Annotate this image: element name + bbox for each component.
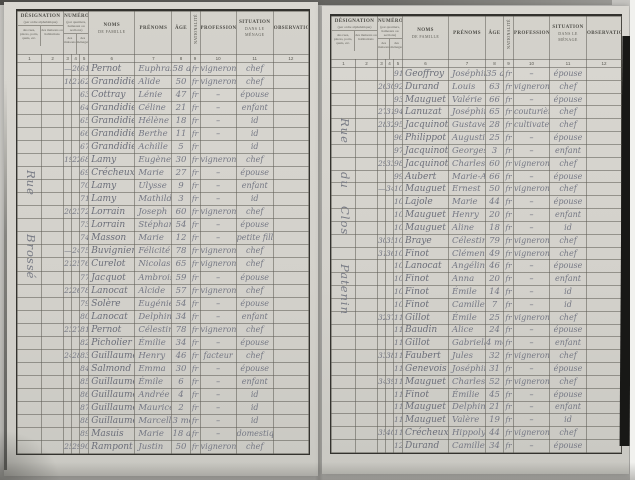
cell-menage — [386, 93, 394, 106]
cell-situation: id — [236, 141, 273, 154]
cell-menage — [386, 324, 394, 337]
cell-observations — [587, 388, 622, 401]
cell-individu: 87 — [80, 401, 89, 414]
cell-age: 34 — [172, 336, 190, 349]
table-row: 273194LanuzatJoséphine65frcouturièrechef — [332, 106, 622, 119]
cell-prenom: Mathilde — [135, 193, 172, 206]
cell-menage — [386, 298, 394, 311]
cell-menage — [72, 219, 80, 232]
cell-age: 66 — [486, 93, 504, 106]
cell-profession: vigneronne — [200, 63, 236, 76]
cell-observations — [273, 284, 308, 297]
cell-prenom: Louis — [449, 80, 486, 93]
cell-profession: – — [514, 196, 550, 209]
cell-age: 24 — [486, 324, 504, 337]
table-row: 101LajoleMarie44fr–épouse — [332, 196, 622, 209]
cell-situation: chef — [550, 234, 587, 247]
cell-street-margin — [332, 144, 356, 157]
cell-individu: 98 — [394, 157, 403, 170]
cell-menage: 23 — [72, 206, 80, 219]
cell-prenom: Berthe — [135, 128, 172, 141]
header-nationalite: NATIONALITÉ — [190, 12, 200, 55]
cell-nom: Finot — [403, 388, 449, 401]
cell-nom: Lamy — [89, 193, 135, 206]
cell-prenom: Georges — [449, 144, 486, 157]
cell-age: 28 — [486, 119, 504, 132]
cell-situation: id — [236, 388, 273, 401]
cell-individu: 92 — [394, 80, 403, 93]
cell-street-margin — [42, 115, 64, 128]
cell-situation: enfant — [550, 144, 587, 157]
table-row: 3338113FaubertJules32frvigneronchef — [332, 350, 622, 363]
cell-street-margin — [332, 324, 356, 337]
cell-nom: Lamy — [89, 180, 135, 193]
cell-street-margin — [42, 193, 64, 206]
cell-profession: – — [514, 414, 550, 427]
cell-nom: Geoffroy — [403, 68, 449, 81]
cell-situation: chef — [550, 375, 587, 388]
table-row: 109FinotCamille7fr–id — [332, 298, 622, 311]
cell-menage — [72, 232, 80, 245]
cell-street-margin — [18, 401, 42, 414]
scan-margin-right — [630, 0, 635, 480]
census-table: DÉSIGNATION (par ordre alphabétique) des… — [331, 16, 622, 453]
cell-situation: id — [236, 128, 273, 141]
street-name-label: du — [338, 172, 352, 189]
cell-nat: fr — [190, 414, 200, 427]
cell-street-margin — [356, 157, 378, 170]
cell-nom: Gillot — [403, 337, 449, 350]
cell-situation: épouse — [236, 336, 273, 349]
cell-profession: – — [200, 310, 236, 323]
cell-maison — [378, 221, 386, 234]
cell-situation: chef — [236, 440, 273, 453]
cell-age: 25 — [486, 132, 504, 145]
cell-prenom: Émile — [449, 311, 486, 324]
cell-nom: Mauguet — [403, 375, 449, 388]
cell-maison: 29 — [378, 157, 386, 170]
cell-nat: fr — [504, 337, 514, 350]
cell-nom: Finot — [403, 273, 449, 286]
cell-individu: 72 — [80, 206, 89, 219]
cell-situation: chef — [550, 311, 587, 324]
cell-menage: 24 — [72, 245, 80, 258]
cell-menage — [386, 286, 394, 299]
cell-nat: fr — [504, 132, 514, 145]
cell-profession: – — [200, 427, 236, 440]
cell-nom: Jacquot — [89, 271, 135, 284]
cell-nom: Curelot — [89, 258, 135, 271]
cell-individu: 62 — [80, 76, 89, 89]
cell-nat: fr — [504, 157, 514, 170]
cell-individu: 65 — [80, 115, 89, 128]
cell-age: 12 — [172, 232, 190, 245]
street-name-label: Rue — [338, 118, 352, 144]
cell-maison — [64, 297, 72, 310]
cell-situation: épouse — [236, 89, 273, 102]
cell-street-margin — [356, 209, 378, 222]
cell-street-margin — [356, 375, 378, 388]
table-row: 3136105FinotClément49frvigneronchef — [332, 247, 622, 260]
cell-situation: épouse — [236, 362, 273, 375]
cell-situation: enfant — [236, 180, 273, 193]
cell-menage: 30 — [386, 80, 394, 93]
cell-observations — [273, 76, 308, 89]
cell-maison — [64, 271, 72, 284]
cell-maison: 26 — [378, 80, 386, 93]
table-row: 71LamyMathilde3fr–id — [18, 193, 309, 206]
cell-nom: Guillaume — [89, 401, 135, 414]
cell-observations — [587, 196, 622, 209]
cell-street-margin — [332, 337, 356, 350]
cell-maison — [378, 68, 386, 81]
cell-age: 54 — [172, 297, 190, 310]
cell-profession: – — [200, 414, 236, 427]
cell-nom: Crécheux — [89, 167, 135, 180]
cell-nat: fr — [504, 311, 514, 324]
cell-menage — [72, 336, 80, 349]
cell-nat: fr — [190, 63, 200, 76]
cell-situation: épouse — [236, 219, 273, 232]
cell-menage: 36 — [386, 247, 394, 260]
cell-observations — [273, 115, 308, 128]
cell-maison — [64, 102, 72, 115]
table-row: 3035104BrayeCélestine79frvigneronnechef — [332, 234, 622, 247]
cell-nat: fr — [504, 170, 514, 183]
cell-individu: 70 — [80, 180, 89, 193]
cell-prenom: Justin — [135, 440, 172, 453]
cell-menage — [72, 167, 80, 180]
cell-street-margin — [42, 102, 64, 115]
cell-individu: 115 — [394, 375, 403, 388]
table-row: 66GrandidierBerthe11fr–id — [18, 128, 309, 141]
cell-observations — [273, 128, 308, 141]
cell-profession: – — [514, 298, 550, 311]
street-name-label: Rue — [24, 170, 38, 196]
cell-observations — [273, 141, 308, 154]
cell-age: 21 — [172, 102, 190, 115]
cell-street-margin — [18, 76, 42, 89]
cell-profession: vigneron — [200, 440, 236, 453]
cell-street-margin — [356, 311, 378, 324]
cell-profession: vigneron — [514, 80, 550, 93]
cell-situation: épouse — [550, 388, 587, 401]
cell-individu: 102 — [394, 209, 403, 222]
table-row: 117MauguetDelphin21fr–enfant — [332, 401, 622, 414]
cell-observations — [273, 154, 308, 167]
cell-observations — [273, 297, 308, 310]
header-noms-sub: DE FAMILLE — [89, 29, 134, 35]
cell-age: 65 — [486, 106, 504, 119]
cell-age: 50 — [172, 76, 190, 89]
cell-age: 20 — [486, 209, 504, 222]
cell-menage — [72, 128, 80, 141]
cell-age: 60 — [486, 157, 504, 170]
header-nationalite: NATIONALITÉ — [504, 17, 514, 60]
cell-age: 58 ans — [172, 63, 190, 76]
cell-situation: enfant — [236, 102, 273, 115]
cell-age: 5 — [172, 141, 190, 154]
cell-street-margin — [356, 183, 378, 196]
cell-street-margin — [356, 286, 378, 299]
cell-street-margin — [18, 362, 42, 375]
table-row: 65GrandidierHélène18fr–id — [18, 115, 309, 128]
cell-observations — [273, 89, 308, 102]
cell-nom: Faubert — [403, 350, 449, 363]
cell-nom: Finot — [403, 298, 449, 311]
cell-observations — [587, 157, 622, 170]
table-row: 212576CurelotNicolas65frvigneronchef — [18, 258, 309, 271]
cell-age: 44 — [486, 196, 504, 209]
cell-individu: 113 — [394, 350, 403, 363]
cell-individu: 112 — [394, 337, 403, 350]
cell-individu: 120 — [394, 440, 403, 453]
cell-nom: Aubert — [403, 170, 449, 183]
cell-nat: fr — [504, 286, 514, 299]
cell-street-margin — [42, 258, 64, 271]
cell-prenom: Émile — [449, 286, 486, 299]
cell-individu: 95 — [394, 119, 403, 132]
street-name-label: Patenin — [338, 264, 352, 315]
cell-profession: vigneron — [514, 427, 550, 440]
cell-individu: 76 — [80, 258, 89, 271]
cell-situation: chef — [236, 206, 273, 219]
table-row: 182162GrandidierAlide50frvigneronchef — [18, 76, 309, 89]
cell-individu: 119 — [394, 427, 403, 440]
cell-profession: – — [200, 336, 236, 349]
table-row: 64GrandidierCéline21fr–enfant — [18, 102, 309, 115]
cell-street-margin — [18, 63, 42, 76]
cell-individu: 111 — [394, 324, 403, 337]
cell-nat: fr — [190, 180, 200, 193]
header-observations: OBSERVATIONS — [273, 12, 308, 55]
cell-maison — [378, 273, 386, 286]
cell-street-margin — [42, 141, 64, 154]
cell-prenom: Anna — [449, 273, 486, 286]
table-row: 89MasuisMarie18 ansfr–domestique — [18, 427, 309, 440]
table-row: 87GuillaumeMaurice2fr–id — [18, 401, 309, 414]
table-row: 73LorrainStéphanie54fr–épouse — [18, 219, 309, 232]
header-profession: PROFESSION — [514, 17, 550, 60]
cell-situation: chef — [236, 63, 273, 76]
cell-street-margin — [42, 362, 64, 375]
cell-observations — [587, 234, 622, 247]
cell-nat: fr — [190, 297, 200, 310]
cell-observations — [273, 349, 308, 362]
cell-nat: fr — [190, 206, 200, 219]
header-numeros-note: (par quartiers, hameaux ou sections) — [378, 25, 402, 37]
cell-maison: 35 — [378, 427, 386, 440]
cell-age: 25 — [486, 311, 504, 324]
cell-individu: 106 — [394, 260, 403, 273]
cell-street-margin — [42, 167, 64, 180]
cell-profession: vigneron — [200, 76, 236, 89]
cell-street-margin — [42, 232, 64, 245]
cell-situation: épouse — [550, 132, 587, 145]
cell-prenom: Émilie — [449, 388, 486, 401]
cell-individu: 90 — [80, 440, 89, 453]
cell-nom: Guillaume — [89, 349, 135, 362]
cell-nat: fr — [504, 350, 514, 363]
cell-street-margin — [356, 247, 378, 260]
table-row: 107FinotAnna20fr–enfant — [332, 273, 622, 286]
cell-nom: Masson — [89, 232, 135, 245]
cell-profession: – — [200, 115, 236, 128]
header-num-menages: des ménages — [389, 39, 402, 59]
cell-nat: fr — [504, 414, 514, 427]
cell-age: 6 — [172, 375, 190, 388]
cell-nom: Guillaume — [89, 388, 135, 401]
cell-individu: 99 — [394, 170, 403, 183]
cell-menage: 32 — [386, 119, 394, 132]
cell-nom: Grandidier — [89, 76, 135, 89]
cell-street-margin — [42, 375, 64, 388]
table-row: 3540119CrécheuxHippolyte44frvigneronchef — [332, 427, 622, 440]
cell-observations — [273, 232, 308, 245]
cell-observations — [587, 132, 622, 145]
cell-individu: 71 — [80, 193, 89, 206]
header-designation: DÉSIGNATION (par ordre alphabétique) des… — [332, 17, 378, 60]
cell-street-margin — [18, 219, 42, 232]
cell-street-margin — [18, 154, 42, 167]
table-row: —2061PernotEuphrasie58 ansfrvigneronnech… — [18, 63, 309, 76]
cell-situation: épouse — [550, 170, 587, 183]
cell-prenom: Célestine — [449, 234, 486, 247]
cell-age: 21 — [486, 401, 504, 414]
cell-age: 49 — [486, 247, 504, 260]
cell-maison — [64, 414, 72, 427]
cell-profession: – — [514, 170, 550, 183]
cell-profession: cultivateur — [514, 119, 550, 132]
cell-profession: – — [200, 167, 236, 180]
cell-street-margin — [356, 337, 378, 350]
street-name-label: Brossé — [24, 234, 38, 279]
cell-street-margin — [332, 363, 356, 376]
cell-individu: 64 — [80, 102, 89, 115]
cell-situation: chef — [236, 323, 273, 336]
cell-menage — [386, 414, 394, 427]
cell-nom: Mauguet — [403, 209, 449, 222]
cell-nom: Guillaume — [89, 375, 135, 388]
cell-individu: 88 — [80, 414, 89, 427]
cell-age: 79 — [486, 234, 504, 247]
cell-profession: – — [200, 271, 236, 284]
cell-profession: vigneron — [200, 154, 236, 167]
cell-individu: 107 — [394, 273, 403, 286]
cell-street-margin — [356, 401, 378, 414]
cell-prenom: Andrée — [135, 388, 172, 401]
header-designation-title: DÉSIGNATION — [332, 17, 377, 25]
cell-age: 18 — [486, 221, 504, 234]
cell-individu: 97 — [394, 144, 403, 157]
cell-observations — [587, 324, 622, 337]
cell-maison — [64, 375, 72, 388]
cell-individu: 61 — [80, 63, 89, 76]
cell-individu: 82 — [80, 336, 89, 349]
cell-observations — [587, 209, 622, 222]
cell-age: 3 — [172, 193, 190, 206]
cell-age: 18 ans — [172, 427, 190, 440]
cell-nat: fr — [190, 76, 200, 89]
table-row: 114GenevoisJoséphine31fr–épouse — [332, 363, 622, 376]
cell-prenom: Émile — [135, 375, 172, 388]
cell-observations — [273, 63, 308, 76]
cell-maison: 19 — [64, 154, 72, 167]
table-row: 103MauguetAline18fr–id — [332, 221, 622, 234]
cell-maison — [378, 324, 386, 337]
cell-maison: 18 — [64, 76, 72, 89]
cell-street-margin — [332, 375, 356, 388]
cell-street-margin — [356, 324, 378, 337]
cell-nom: Genevois — [403, 363, 449, 376]
cell-situation: épouse — [236, 297, 273, 310]
header-age: ÂGE — [172, 12, 190, 55]
cell-nat: fr — [190, 89, 200, 102]
cell-observations — [587, 337, 622, 350]
cell-nat: fr — [504, 247, 514, 260]
cell-prenom: Euphrasie — [135, 63, 172, 76]
cell-profession: vigneron — [200, 206, 236, 219]
cell-situation: épouse — [550, 93, 587, 106]
cell-street-margin — [332, 247, 356, 260]
cell-street-margin — [42, 401, 64, 414]
cell-individu: 80 — [80, 310, 89, 323]
cell-profession: vigneronne — [200, 323, 236, 336]
cell-maison: — — [378, 183, 386, 196]
table-row: 106LanocatAngéline46fr–épouse — [332, 260, 622, 273]
cell-menage — [386, 221, 394, 234]
table-row: 3237110GillotÉmile25frvigneronchef — [332, 311, 622, 324]
table-row: 293398JacquinotCharles60frvigneronchef — [332, 157, 622, 170]
cell-nat: fr — [190, 115, 200, 128]
cell-observations — [587, 273, 622, 286]
cell-street-margin — [332, 427, 356, 440]
cell-age: 59 — [172, 271, 190, 284]
cell-individu: 83 — [80, 349, 89, 362]
cell-nat: fr — [190, 232, 200, 245]
cell-observations — [587, 440, 622, 453]
cell-observations — [273, 102, 308, 115]
cell-nat: fr — [190, 388, 200, 401]
cell-individu: 116 — [394, 388, 403, 401]
cell-nom: Finot — [403, 247, 449, 260]
cell-profession: – — [514, 209, 550, 222]
cell-profession: – — [514, 324, 550, 337]
cell-maison: 23 — [64, 323, 72, 336]
cell-situation: épouse — [550, 196, 587, 209]
header-designation-maisons: des maisons ou habitations — [40, 26, 63, 46]
cell-age: 9 — [172, 180, 190, 193]
cell-prenom: Jules — [449, 350, 486, 363]
table-row: 70LamyUlysse9fr–enfant — [18, 180, 309, 193]
cell-street-margin — [18, 89, 42, 102]
cell-nat: fr — [190, 258, 200, 271]
cell-individu: 101 — [394, 196, 403, 209]
cell-situation: chef — [236, 284, 273, 297]
cell-street-margin — [332, 106, 356, 119]
cell-maison — [378, 209, 386, 222]
cell-individu: 96 — [394, 132, 403, 145]
cell-maison: 30 — [378, 234, 386, 247]
cell-prenom: Joséphine — [449, 363, 486, 376]
cell-street-margin — [42, 336, 64, 349]
cell-profession: vigneron — [514, 247, 550, 260]
cell-maison: 22 — [64, 284, 72, 297]
cell-nom: Lanocat — [89, 310, 135, 323]
cell-prenom: Henry — [135, 349, 172, 362]
cell-observations — [273, 336, 308, 349]
cell-maison — [64, 141, 72, 154]
